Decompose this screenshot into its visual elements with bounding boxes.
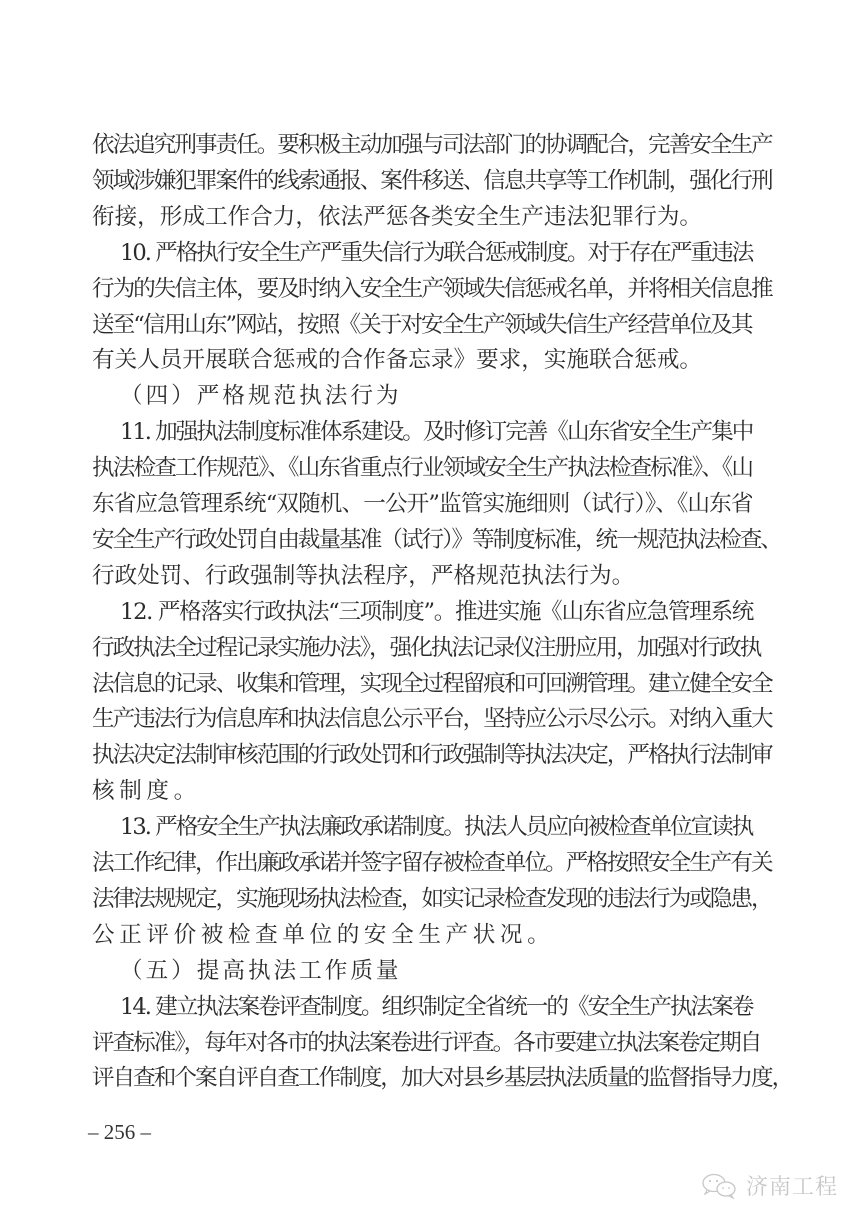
text-line: 12. 严格落实行政执法“三项制度”。推进实施《山东省应急管理系统	[120, 597, 754, 627]
text-line: 行政处罚、行政强制等执法程序，严格规范执法行为。	[92, 561, 754, 591]
text-line: 衔接，形成工作合力，依法严惩各类安全生产违法犯罪行为。	[92, 202, 754, 232]
text-line: 法信息的记录、收集和管理，实现全过程留痕和可回溯管理。建立健全安全	[92, 669, 754, 699]
text-line: 公正评价被检查单位的安全生产状况。	[92, 920, 754, 950]
text-line: 评自查和个案自评自查工作制度，加大对县乡基层执法质量的监督指导力度，	[92, 1063, 754, 1093]
text-line: 依法追究刑事责任。要积极主动加强与司法部门的协调配合，完善安全生产	[92, 130, 754, 160]
text-line: 行政执法全过程记录实施办法》，强化执法记录仪注册应用，加强对行政执	[92, 633, 754, 663]
text-line: 执法检查工作规范》、《山东省重点行业领域安全生产执法检查标准》、《山	[92, 453, 754, 483]
text-line: 核制度。	[92, 776, 754, 806]
text-line: 送至“信用山东”网站，按照《关于对安全生产领域失信生产经营单位及其	[92, 310, 754, 340]
page-number: – 256 –	[88, 1120, 151, 1145]
text-line: 11. 加强执法制度标准体系建设。及时修订完善《山东省安全生产集中	[120, 417, 754, 447]
text-line: 安全生产行政处罚自由裁量基准（试行）》等制度标准，统一规范执法检查、	[92, 525, 754, 555]
text-line: 评查标准》，每年对各市的执法案卷进行评查。各市要建立执法案卷定期自	[92, 1028, 754, 1058]
text-line: 行为的失信主体，要及时纳入安全生产领域失信惩戒名单，并将相关信息推	[92, 274, 754, 304]
text-line: 执法决定法制审核范围的行政处罚和行政强制等执法决定，严格执行法制审	[92, 740, 754, 770]
section-heading: （五）提高执法工作质量	[120, 956, 782, 986]
text-line: 13. 严格安全生产执法廉政承诺制度。执法人员应向被检查单位宣读执	[120, 812, 754, 842]
watermark-text: 济南工程	[746, 1170, 838, 1201]
watermark: 济南工程	[700, 1170, 838, 1201]
text-line: 东省应急管理系统“双随机、一公开”监管实施细则（试行）》、《山东省	[92, 489, 754, 519]
text-line: 10. 严格执行安全生产严重失信行为联合惩戒制度。对于存在严重违法	[120, 238, 754, 268]
text-line: 生产违法行为信息库和执法信息公示平台，坚持应公示尽公示。对纳入重大	[92, 704, 754, 734]
wechat-icon	[700, 1172, 740, 1200]
text-line: 14. 建立执法案卷评查制度。组织制定全省统一的《安全生产执法案卷	[120, 992, 754, 1022]
document-page: 依法追究刑事责任。要积极主动加强与司法部门的协调配合，完善安全生产领域涉嫌犯罪案…	[0, 0, 856, 1225]
text-line: 法律法规规定，实施现场执法检查，如实记录检查发现的违法行为或隐患，	[92, 884, 754, 914]
section-heading: （四）严格规范执法行为	[120, 381, 782, 411]
text-line: 法工作纪律，作出廉政承诺并签字留存被检查单位。严格按照安全生产有关	[92, 848, 754, 878]
text-line: 有关人员开展联合惩戒的合作备忘录》要求，实施联合惩戒。	[92, 345, 754, 375]
text-line: 领域涉嫌犯罪案件的线索通报、案件移送、信息共享等工作机制，强化行刑	[92, 166, 754, 196]
